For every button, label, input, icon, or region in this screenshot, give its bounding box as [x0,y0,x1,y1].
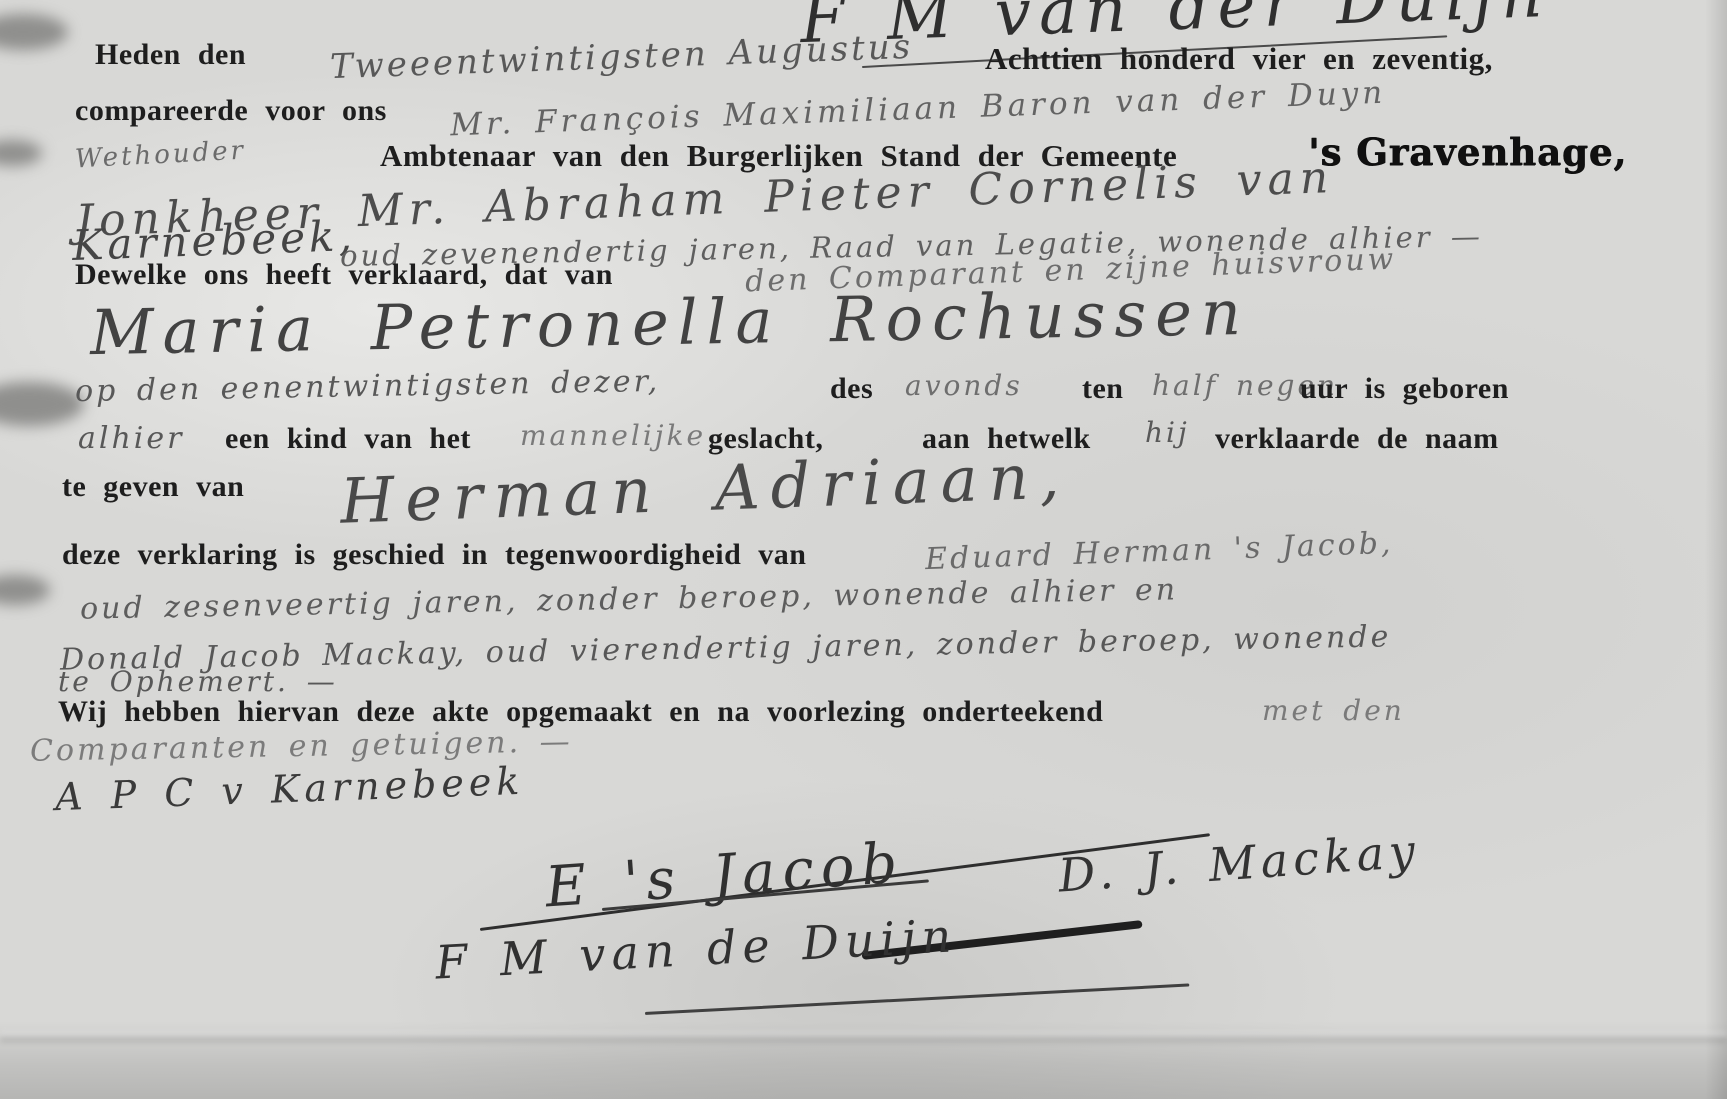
signature-declarant: A P C v Karnebeek [54,762,524,816]
printed-uur-is-geboren: uur is geboren [1300,374,1509,404]
signature-underline [645,983,1189,1014]
handwritten-met-den: met den [1262,697,1405,725]
handwritten-witness1-details: oud zesenveertig jaren, zonder beroep, w… [80,575,1179,624]
scanned-birth-record-page: F M van der Duijn Heden den Tweeentwinti… [0,0,1727,1099]
scan-edge-smudge [0,140,42,166]
printed-verklaarde-naam: verklaarde de naam [1215,424,1499,454]
printed-een-kind: een kind van het [225,424,471,454]
printed-heden-den: Heden den [95,40,246,70]
scan-edge-shadow [1705,0,1727,1099]
handwritten-mother-name: Maria Petronella Rochussen [90,282,1251,364]
signature-witness1: E 's Jacob [543,836,905,917]
signature-witness2: D. J. Mackay [1057,827,1422,898]
handwritten-date: Tweeentwintigsten Augustus [330,30,914,84]
handwritten-witness1-name: Eduard Herman 's Jacob, [925,529,1394,575]
printed-des: des [830,374,873,404]
handwritten-avonds: avonds [905,372,1023,400]
printed-witnesses-intro: deze verklaring is geschied in tegenwoor… [62,540,806,570]
printed-dewelke: Dewelke ons heeft verklaard, dat van [75,260,613,290]
scan-bottom-shadow [0,1021,1727,1099]
blackletter-city: 's Gravenhage, [1308,134,1627,171]
handwritten-alhier: alhier [78,424,185,454]
handwritten-witness2-residence: te Ophemert. — [58,668,338,696]
handwritten-child-name: Herman Adriaan, [339,445,1071,532]
handwritten-registrar-name: Mr. François Maximiliaan Baron van der D… [450,78,1387,142]
printed-year: Achttien honderd vier en zeventig, [985,43,1493,74]
handwritten-wethouder: Wethouder [74,138,246,173]
printed-te-geven-van: te geven van [62,472,244,502]
scan-edge-smudge [0,382,84,426]
printed-compareerde: compareerde voor ons [75,96,387,126]
handwritten-gender: mannelijke [520,422,706,450]
printed-ten: ten [1082,374,1124,404]
scan-edge-smudge [0,14,68,50]
printed-closing: Wij hebben hiervan deze akte opgemaakt e… [58,697,1103,727]
handwritten-hij: hij [1145,419,1190,447]
handwritten-birth-day: op den eenentwintigsten dezer, [75,367,661,407]
scan-edge-smudge [0,575,50,605]
